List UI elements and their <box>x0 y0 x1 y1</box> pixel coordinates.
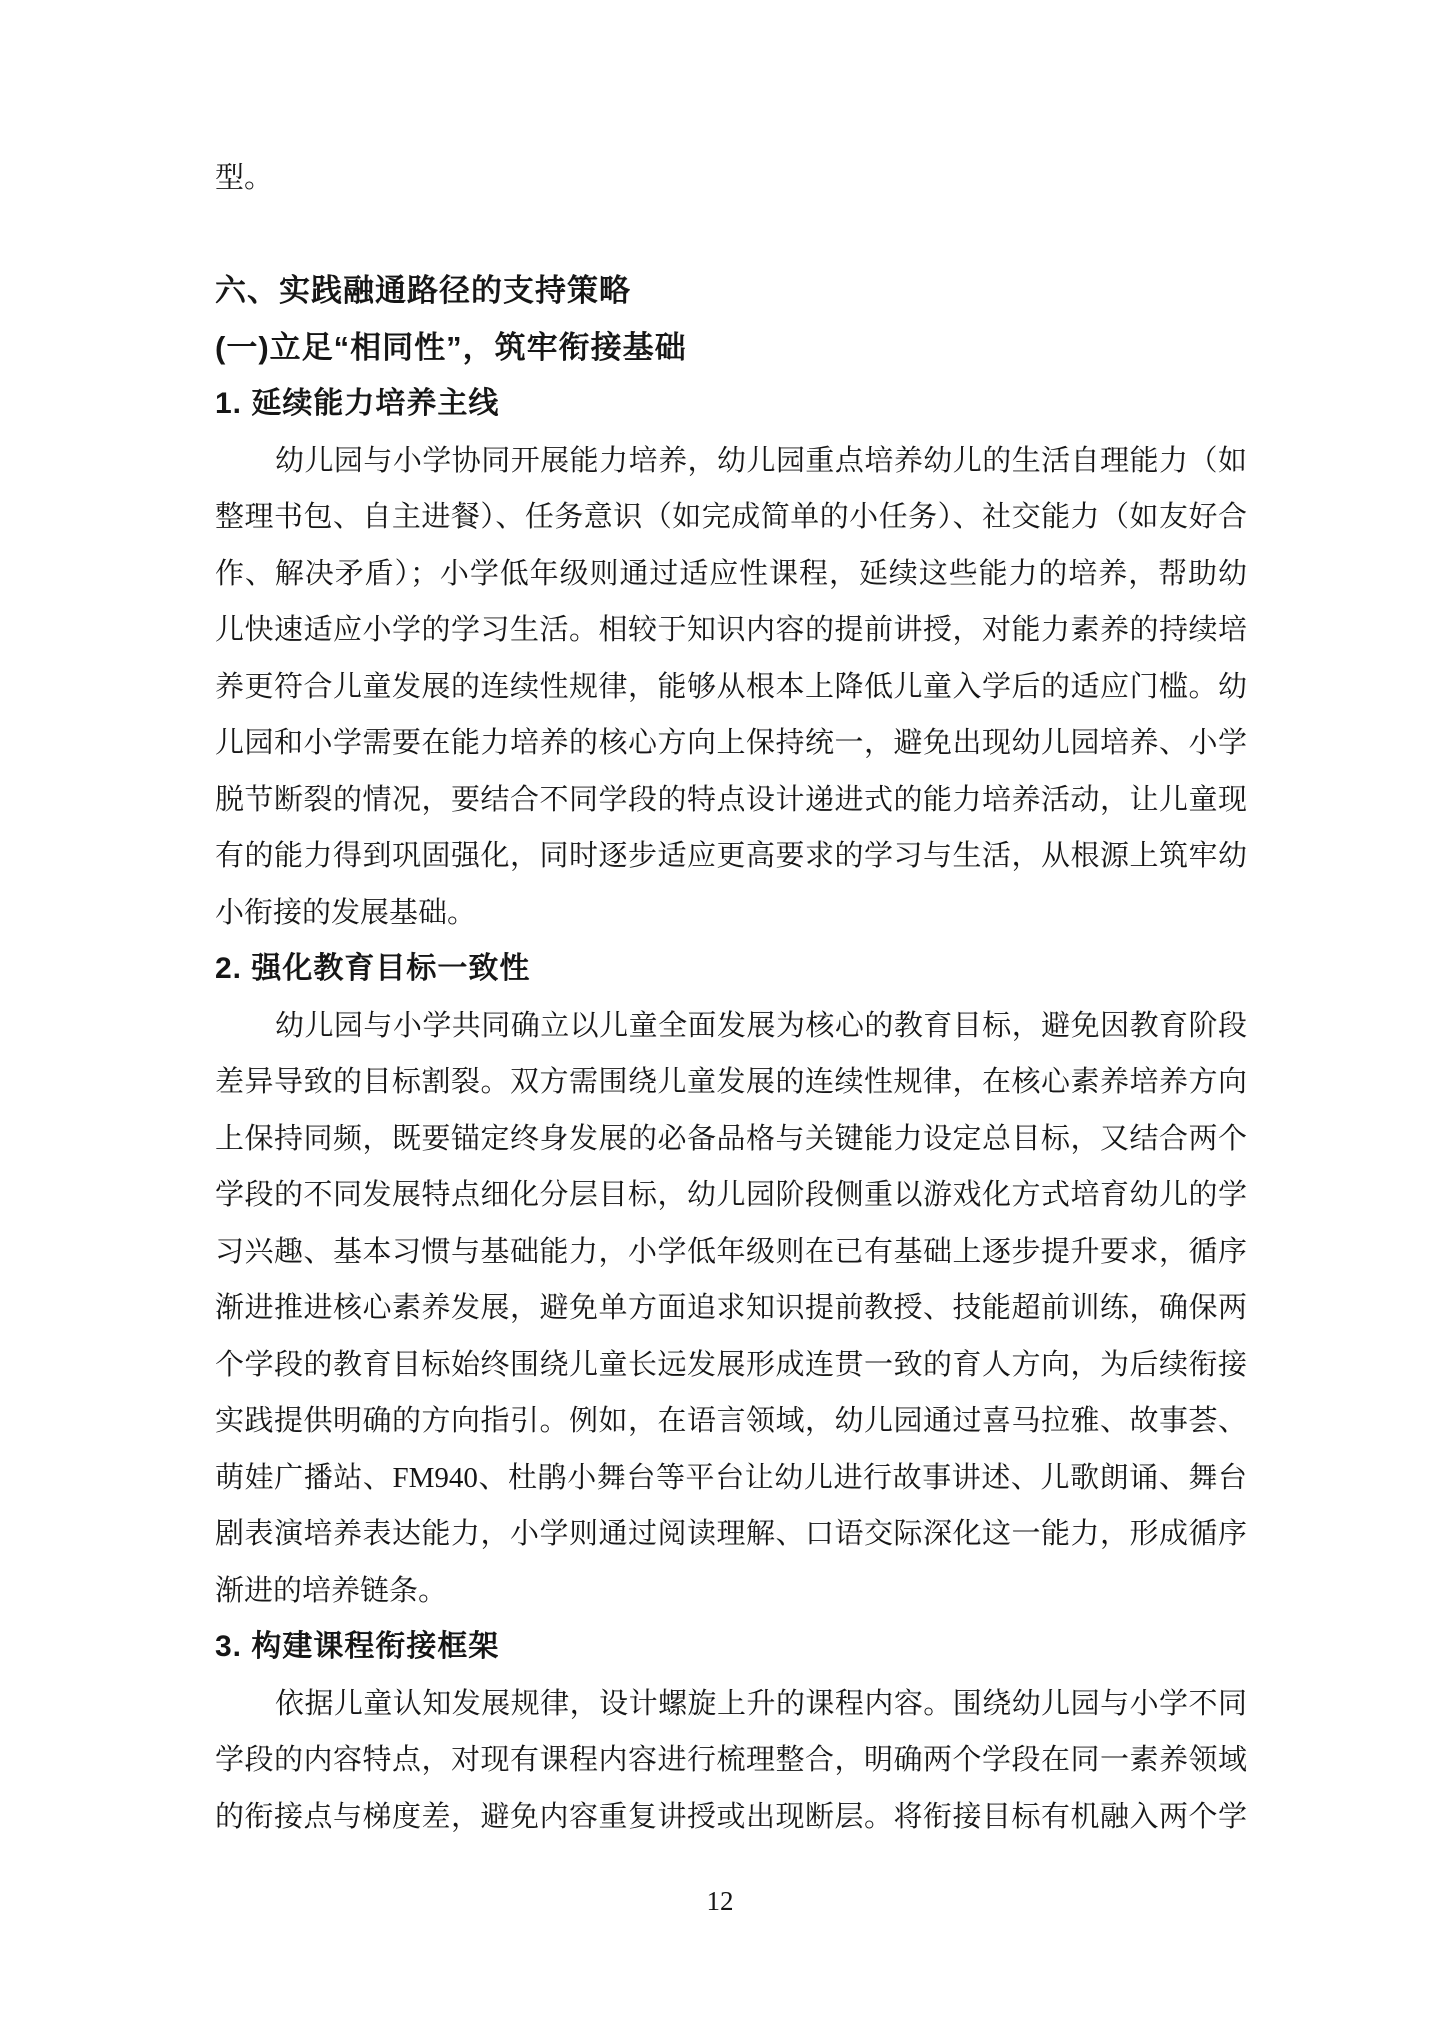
body-line: 渐进推进核心素养发展，避免单方面追求知识提前教授、技能超前训练，确保两 <box>215 1280 1247 1337</box>
sub-heading: (一)立足“相同性”，筑牢衔接基础 <box>215 320 1247 377</box>
body-line: 的衔接点与梯度差，避免内容重复讲授或出现断层。将衔接目标有机融入两个学 <box>215 1789 1247 1846</box>
body-line: 剧表演培养表达能力，小学则通过阅读理解、口语交际深化这一能力，形成循序 <box>215 1506 1247 1563</box>
body-line: 依据儿童认知发展规律，设计螺旋上升的课程内容。围绕幼儿园与小学不同 <box>215 1676 1247 1733</box>
section-heading: 六、实践融通路径的支持策略 <box>215 263 1247 320</box>
body-line: 习兴趣、基本习惯与基础能力，小学低年级则在已有基础上逐步提升要求，循序 <box>215 1224 1247 1281</box>
body-line: 儿快速适应小学的学习生活。相较于知识内容的提前讲授，对能力素养的持续培 <box>215 602 1247 659</box>
body-line: 有的能力得到巩固强化，同时逐步适应更高要求的学习与生活，从根源上筑牢幼 <box>215 828 1247 885</box>
body-line: 小衔接的发展基础。 <box>215 885 1247 942</box>
body-line: 幼儿园与小学共同确立以儿童全面发展为核心的教育目标，避免因教育阶段 <box>215 998 1247 1055</box>
body-line: 养更符合儿童发展的连续性规律，能够从根本上降低儿童入学后的适应门槛。幼 <box>215 659 1247 716</box>
body-line: 学段的内容特点，对现有课程内容进行梳理整合，明确两个学段在同一素养领域 <box>215 1732 1247 1789</box>
body-line: 萌娃广播站、FM940、杜鹃小舞台等平台让幼儿进行故事讲述、儿歌朗诵、舞台 <box>215 1450 1247 1507</box>
numbered-heading: 1. 延续能力培养主线 <box>215 376 1247 433</box>
body-line: 上保持同频，既要锚定终身发展的必备品格与关键能力设定总目标，又结合两个 <box>215 1111 1247 1168</box>
spacer <box>215 207 1247 264</box>
body-line: 学段的不同发展特点细化分层目标，幼儿园阶段侧重以游戏化方式培育幼儿的学 <box>215 1167 1247 1224</box>
body-line: 脱节断裂的情况，要结合不同学段的特点设计递进式的能力培养活动，让儿童现 <box>215 772 1247 829</box>
body-line: 整理书包、自主进餐）、任务意识（如完成简单的小任务）、社交能力（如友好合 <box>215 489 1247 546</box>
text-body: 型。 六、实践融通路径的支持策略(一)立足“相同性”，筑牢衔接基础1. 延续能力… <box>215 150 1247 1845</box>
body-line: 儿园和小学需要在能力培养的核心方向上保持统一，避免出现幼儿园培养、小学 <box>215 715 1247 772</box>
body-line: 个学段的教育目标始终围绕儿童长远发展形成连贯一致的育人方向，为后续衔接 <box>215 1337 1247 1394</box>
body-line: 作、解决矛盾）；小学低年级则通过适应性课程，延续这些能力的培养，帮助幼 <box>215 546 1247 603</box>
continuation-line: 型。 <box>215 150 1247 207</box>
page-number: 12 <box>0 1884 1440 1918</box>
body-line: 实践提供明确的方向指引。例如，在语言领域，幼儿园通过喜马拉雅、故事荟、 <box>215 1393 1247 1450</box>
body-line: 幼儿园与小学协同开展能力培养，幼儿园重点培养幼儿的生活自理能力（如 <box>215 433 1247 490</box>
body-line: 渐进的培养链条。 <box>215 1563 1247 1620</box>
numbered-heading: 2. 强化教育目标一致性 <box>215 941 1247 998</box>
document-page: 型。 六、实践融通路径的支持策略(一)立足“相同性”，筑牢衔接基础1. 延续能力… <box>0 0 1440 2036</box>
numbered-heading: 3. 构建课程衔接框架 <box>215 1619 1247 1676</box>
body-line: 差异导致的目标割裂。双方需围绕儿童发展的连续性规律，在核心素养培养方向 <box>215 1054 1247 1111</box>
